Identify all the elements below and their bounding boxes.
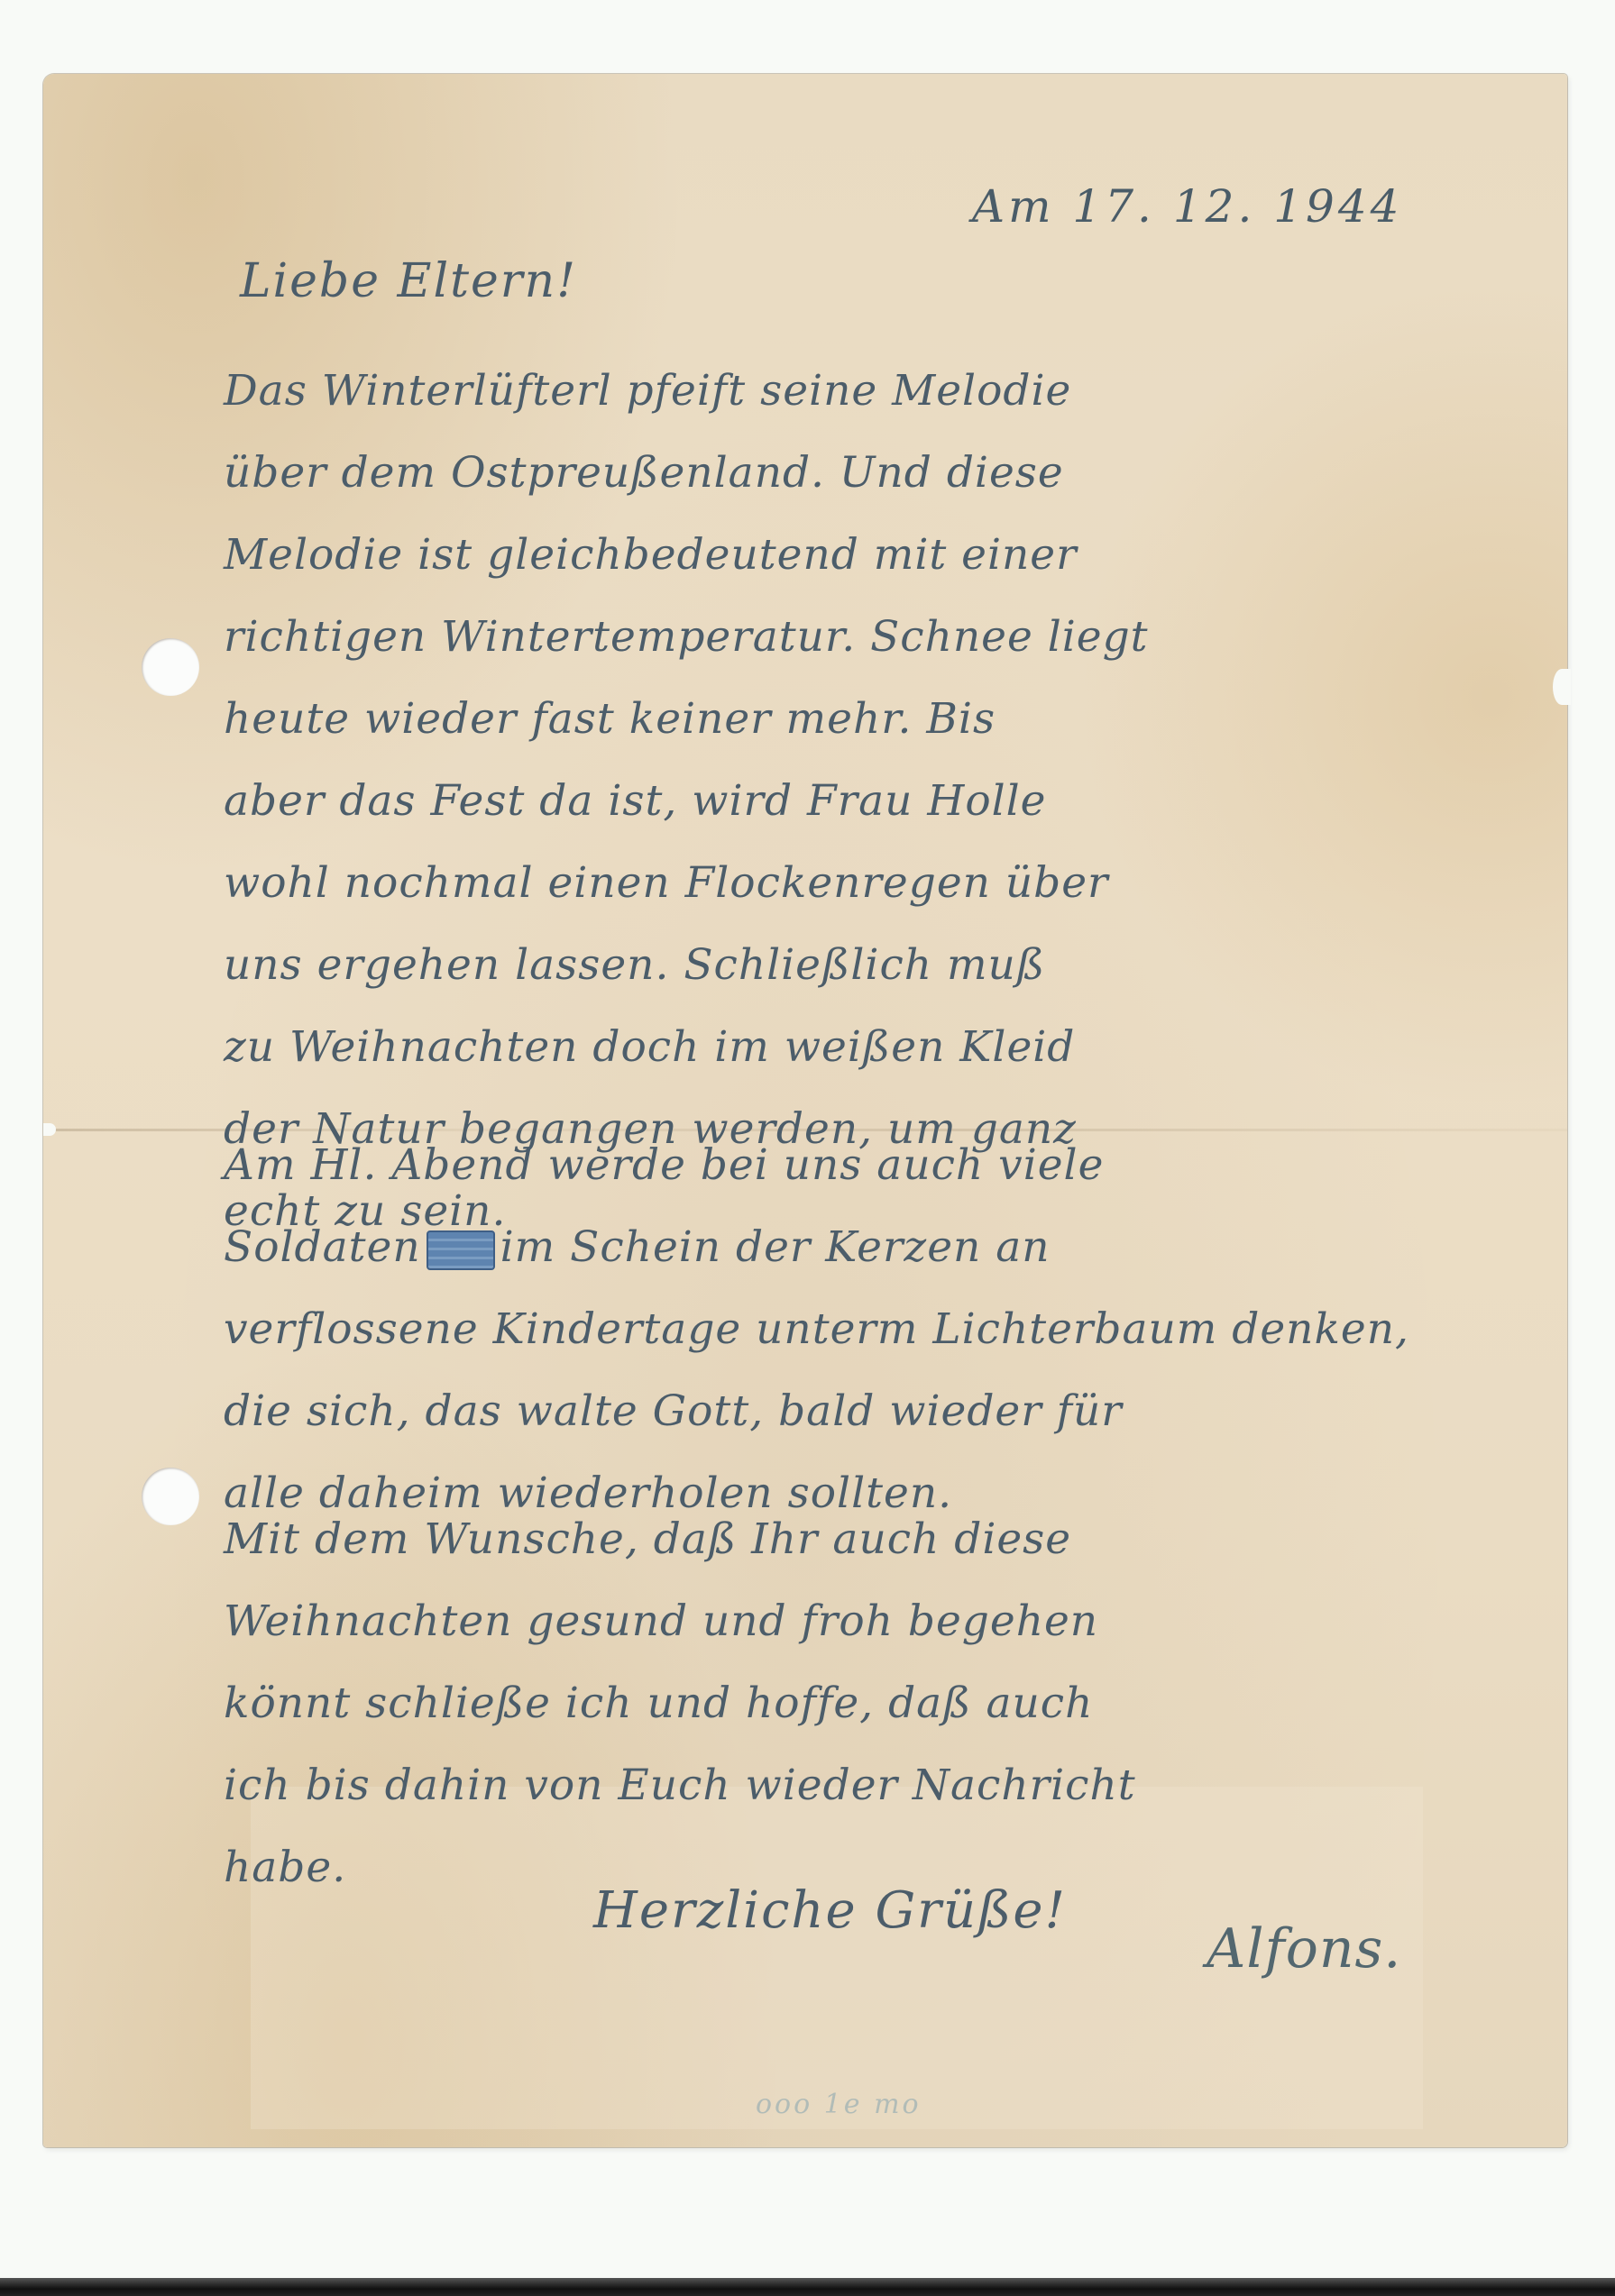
signature: Alfons. (1207, 1917, 1401, 1980)
text-line: uns ergehen lassen. Schließlich muß (224, 924, 1486, 1006)
text-line: Melodie ist gleichbedeutend mit einer (224, 514, 1486, 596)
letter-paper: Am 17. 12. 1944 Liebe Eltern! Das Winter… (43, 74, 1567, 2147)
text-line: über dem Ostpreußenland. Und diese (224, 432, 1486, 514)
letter-date: Am 17. 12. 1944 (972, 180, 1402, 233)
text-line: wohl nochmal einen Flockenregen über (224, 842, 1486, 924)
paragraph-1: Das Winterlüfterl pfeift seine Melodie ü… (224, 350, 1486, 1252)
text-line: Das Winterlüfterl pfeift seine Melodie (224, 350, 1486, 432)
text-line: die sich, das walte Gott, bald wieder fü… (224, 1370, 1486, 1452)
paragraph-3: Mit dem Wunsche, daß Ihr auch diese Weih… (224, 1498, 1486, 1908)
text-line: Am Hl. Abend werde bei uns auch viele (224, 1124, 1486, 1206)
scanner-bed-edge (0, 2278, 1615, 2296)
text-line: richtigen Wintertemperatur. Schnee liegt (224, 596, 1486, 678)
text-line: zu Weihnachten doch im weißen Kleid (224, 1006, 1486, 1088)
text-line: aber das Fest da ist, wird Frau Holle (224, 760, 1486, 842)
salutation: Liebe Eltern! (240, 254, 577, 308)
text-line: Mit dem Wunsche, daß Ihr auch diese (224, 1498, 1486, 1580)
letter-body: Am 17. 12. 1944 Liebe Eltern! Das Winter… (43, 74, 1567, 2147)
text-line: verflossene Kindertage unterm Lichterbau… (224, 1288, 1486, 1370)
text-line: heute wieder fast keiner mehr. Bis (224, 678, 1486, 760)
text-fragment: im Schein der Kerzen an (500, 1222, 1051, 1272)
text-line: Weihnachten gesund und froh begehen (224, 1580, 1486, 1662)
text-fragment: Soldaten (224, 1222, 421, 1272)
text-line: ich bis dahin von Euch wieder Nachricht (224, 1744, 1486, 1826)
paragraph-2: Am Hl. Abend werde bei uns auch viele So… (224, 1124, 1486, 1534)
faint-stamp-mark: ooo 1e mo (756, 2089, 922, 2120)
scanned-page: Am 17. 12. 1944 Liebe Eltern! Das Winter… (0, 0, 1615, 2296)
text-line: könnt schließe ich und hoffe, daß auch (224, 1662, 1486, 1744)
text-line-with-redaction: Soldatenim Schein der Kerzen an (224, 1206, 1486, 1288)
censor-redaction-mark (427, 1230, 495, 1270)
closing-greeting: Herzliche Grüße! (593, 1881, 1067, 1940)
